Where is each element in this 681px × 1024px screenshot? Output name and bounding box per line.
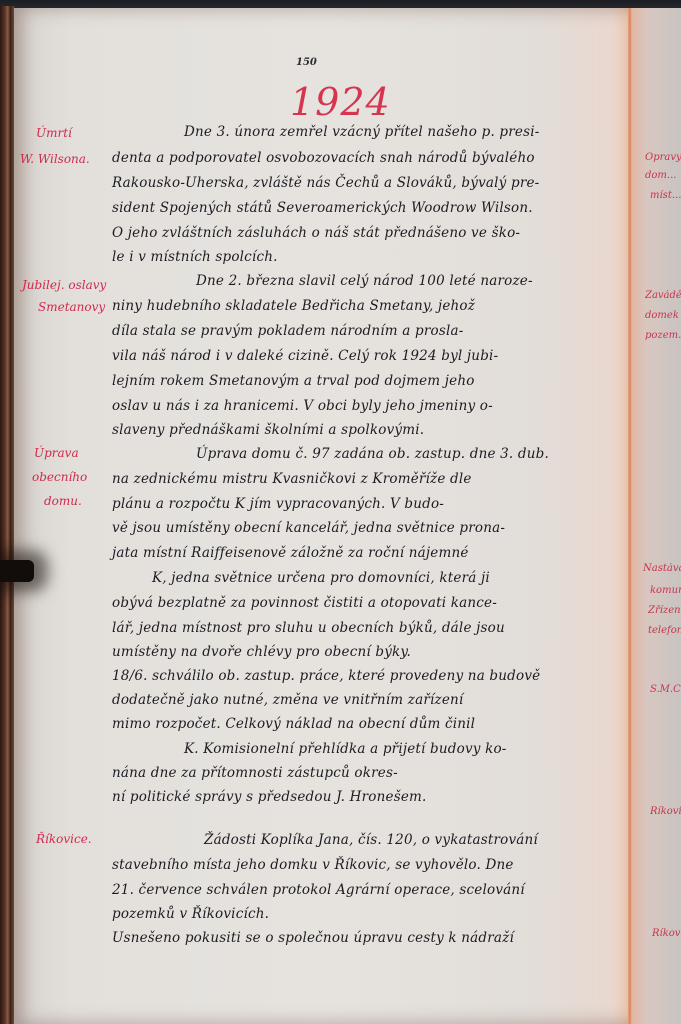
year-heading: 1924 (290, 80, 391, 124)
body-line: 21. července schválen protokol Agrární o… (112, 882, 525, 898)
body-line: K. Komisionelní přehlídka a přijetí budo… (184, 741, 507, 757)
body-line: lejním rokem Smetanovým a trval pod dojm… (112, 373, 475, 389)
adjacent-note: dom... (645, 170, 681, 181)
binding-clip (0, 560, 34, 582)
body-line: plánu a rozpočtu K jím vypracovaných. V … (112, 496, 444, 512)
body-line: na zednickému mistru Kvasničkovi z Kromě… (112, 471, 472, 487)
body-line: ní politické správy s předsedou J. Hrone… (112, 789, 427, 805)
book-binding-left (0, 6, 14, 1024)
adjacent-note: Nastávají (643, 563, 681, 574)
body-line: mimo rozpočet. Celkový náklad na obecní … (112, 716, 475, 732)
body-line: díla stala se pravým pokladem národním a… (112, 323, 464, 339)
body-line: Úprava domu č. 97 zadána ob. zastup. dne… (196, 446, 549, 462)
adjacent-note: míst... (650, 190, 681, 201)
margin-note-wilson-1: Úmrtí (36, 126, 72, 140)
body-line: denta a podporovatel osvobozovacích snah… (112, 150, 535, 166)
adjacent-note: S.M.Č. (650, 684, 681, 695)
adjacent-note: Zřízení (648, 605, 681, 616)
body-line: stavebního místa jeho domku v Říkovic, s… (112, 857, 514, 873)
margin-note-wilson-2: W. Wilsona. (20, 152, 90, 166)
body-line: obývá bezplatně za povinnost čistiti a o… (112, 595, 497, 611)
body-line: niny hudebního skladatele Bedřicha Smeta… (112, 298, 475, 314)
body-line: Dne 3. února zemřel vzácný přítel našeho… (184, 124, 540, 140)
body-line: slaveny přednáškami školními a spolkovým… (112, 422, 424, 438)
body-line: umístěny na dvoře chlévy pro obecní býky… (112, 644, 411, 660)
body-line: le i v místních spolcích. (112, 249, 278, 265)
margin-note-uprava-2: obecního (32, 470, 87, 484)
body-line: sident Spojených států Severoamerických … (112, 200, 533, 216)
body-line: nána dne za přítomnosti zástupců okres- (112, 765, 398, 781)
body-line: Žádosti Koplíka Jana, čís. 120, o vykata… (204, 832, 538, 848)
body-line: dodatečně jako nutné, změna ve vnitřním … (112, 692, 463, 708)
adjacent-note: pozem... (645, 330, 681, 341)
body-line: Rakousko-Uherska, zvláště nás Čechů a Sl… (112, 175, 539, 191)
body-line: vě jsou umístěny obecní kancelář, jedna … (112, 520, 505, 536)
adjacent-note: Říkovice (652, 928, 681, 939)
adjacent-note: telefon... (648, 625, 681, 636)
body-line: lář, jedna místnost pro sluhu u obecních… (112, 620, 505, 636)
adjacent-note: Zavádění (645, 290, 681, 301)
body-line: 18/6. schválilo ob. zastup. práce, které… (112, 668, 540, 684)
body-line: oslav u nás i za hranicemi. V obci byly … (112, 398, 493, 414)
body-line: jata místní Raiffeisenově záložně za roč… (112, 545, 469, 561)
page-number: 150 (296, 57, 317, 68)
body-line: Usnešeno pokusiti se o společnou úpravu … (112, 930, 514, 946)
margin-note-rikovice: Říkovice. (36, 832, 92, 846)
adjacent-note: Opravy (645, 152, 681, 163)
body-line: Dne 2. března slavil celý národ 100 leté… (196, 273, 533, 289)
margin-note-smetana-2: Smetanovy (38, 300, 105, 314)
margin-note-smetana-1: Jubilej. oslavy (22, 278, 106, 292)
body-line: vila náš národ i v daleké cizině. Celý r… (112, 348, 498, 364)
adjacent-note: domek (645, 310, 681, 321)
body-line: O jeho zvláštních zásluhách o náš stát p… (112, 225, 520, 241)
body-line: pozemků v Říkovicích. (112, 906, 269, 922)
adjacent-note: Říkovice (650, 806, 681, 817)
body-line: K, jedna světnice určena pro domovníci, … (152, 570, 490, 586)
adjacent-note: komunál. (650, 585, 681, 596)
margin-note-uprava-3: domu. (44, 494, 82, 508)
margin-note-uprava-1: Úprava (34, 446, 79, 460)
